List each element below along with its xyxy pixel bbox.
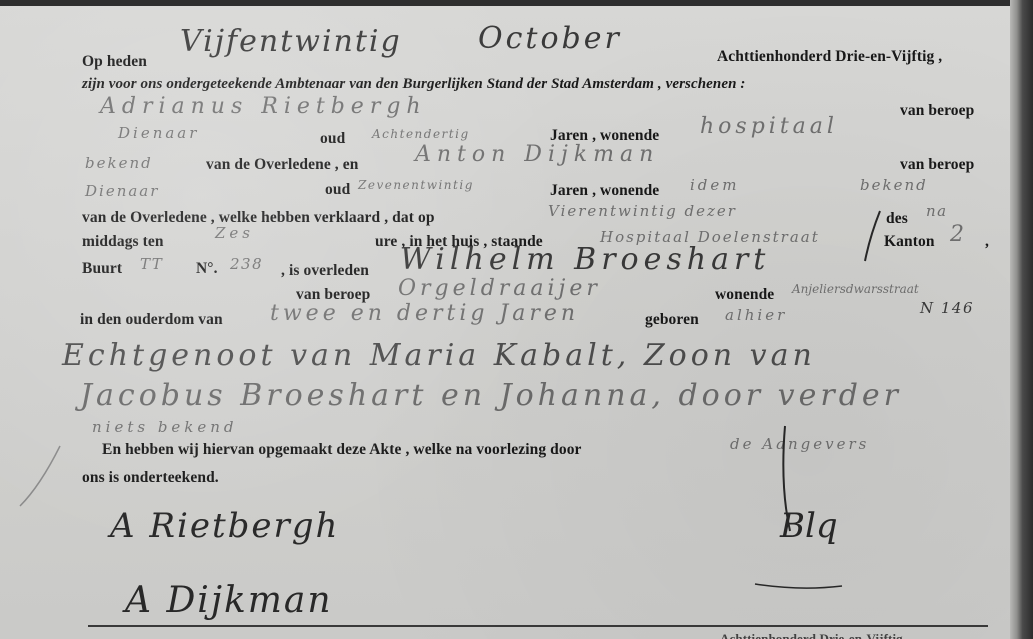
signature-rietbergh: A Rietbergh bbox=[110, 506, 339, 546]
book-binding-edge bbox=[1010, 0, 1033, 639]
signature-dijkman: A Dijkman bbox=[125, 580, 333, 621]
printed-next-record-fragment: Achttienhonderd Drie-en-Vijftig bbox=[720, 631, 903, 639]
certificate-page: Op heden Vijfentwintig October Achttienh… bbox=[0, 6, 1010, 639]
bottom-rule bbox=[88, 625, 988, 627]
signature-official: Blq bbox=[780, 506, 838, 546]
